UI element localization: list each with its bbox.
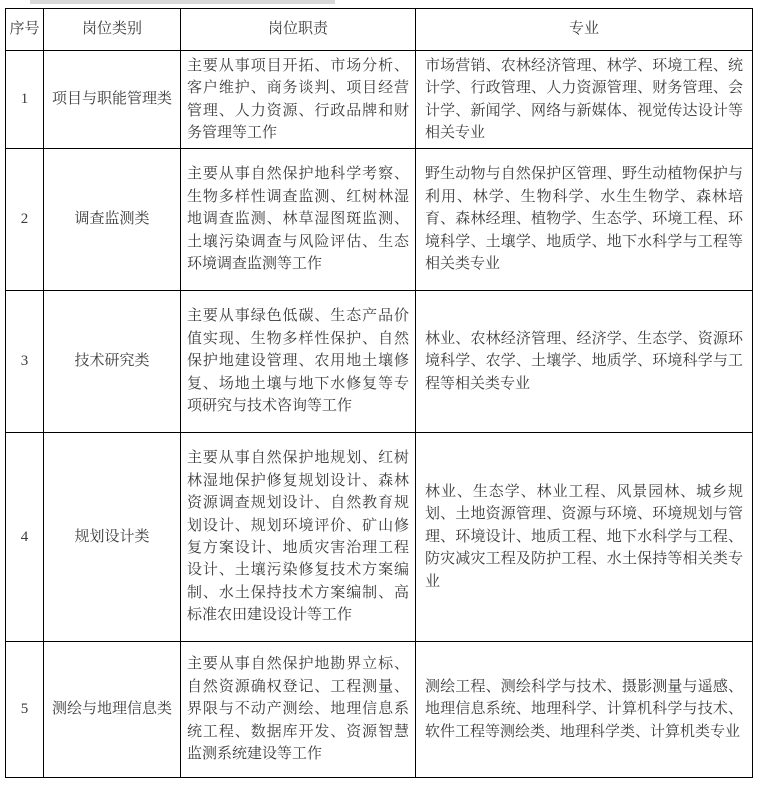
- serial-cell: 2: [6, 149, 44, 291]
- table-row: 2 调查监测类 主要从事自然保护地科学考察、生物多样性调查监测、红树林湿地调查监…: [6, 149, 753, 291]
- table-row: 5 测绘与地理信息类 主要从事自然保护地勘界立标、自然资源确权登记、工程测量、界…: [6, 642, 753, 778]
- col-header-category: 岗位类别: [44, 9, 181, 51]
- col-header-majors: 专业: [416, 9, 753, 51]
- table-row: 4 规划设计类 主要从事自然保护地规划、红树林湿地保护修复规划设计、森林资源调查…: [6, 433, 753, 642]
- scan-artifact-strip: [30, 0, 335, 4]
- serial-cell: 3: [6, 291, 44, 433]
- serial-cell: 1: [6, 51, 44, 149]
- majors-cell: 市场营销、农林经济管理、林学、环境工程、统计学、行政管理、人力资源管理、财务管理…: [416, 51, 753, 149]
- duties-cell: 主要从事自然保护地科学考察、生物多样性调查监测、红树林湿地调查监测、林草湿图斑监…: [181, 149, 416, 291]
- col-header-serial: 序号: [6, 9, 44, 51]
- category-cell: 技术研究类: [44, 291, 181, 433]
- majors-cell: 林业、生态学、林业工程、风景园林、城乡规划、土地资源管理、资源与环境、环境规划与…: [416, 433, 753, 642]
- duties-cell: 主要从事自然保护地勘界立标、自然资源确权登记、工程测量、界限与不动产测绘、地理信…: [181, 642, 416, 778]
- category-cell: 规划设计类: [44, 433, 181, 642]
- table-row: 1 项目与职能管理类 主要从事项目开拓、市场分析、客户维护、商务谈判、项目经营管…: [6, 51, 753, 149]
- majors-cell: 林业、农林经济管理、经济学、生态学、资源环境科学、农学、土壤学、地质学、环境科学…: [416, 291, 753, 433]
- majors-cell: 测绘工程、测绘科学与技术、摄影测量与遥感、地理信息系统、地理科学、计算机科学与技…: [416, 642, 753, 778]
- job-positions-table: 序号 岗位类别 岗位职责 专业 1 项目与职能管理类 主要从事项目开拓、市场分析…: [5, 8, 753, 778]
- serial-cell: 5: [6, 642, 44, 778]
- duties-cell: 主要从事项目开拓、市场分析、客户维护、商务谈判、项目经营管理、人力资源、行政品牌…: [181, 51, 416, 149]
- col-header-duties: 岗位职责: [181, 9, 416, 51]
- category-cell: 调查监测类: [44, 149, 181, 291]
- serial-cell: 4: [6, 433, 44, 642]
- category-cell: 测绘与地理信息类: [44, 642, 181, 778]
- table-row: 3 技术研究类 主要从事绿色低碳、生态产品价值实现、生物多样性保护、自然保护地建…: [6, 291, 753, 433]
- duties-cell: 主要从事自然保护地规划、红树林湿地保护修复规划设计、森林资源调查规划设计、自然教…: [181, 433, 416, 642]
- category-cell: 项目与职能管理类: [44, 51, 181, 149]
- header-row: 序号 岗位类别 岗位职责 专业: [6, 9, 753, 51]
- duties-cell: 主要从事绿色低碳、生态产品价值实现、生物多样性保护、自然保护地建设管理、农用地土…: [181, 291, 416, 433]
- majors-cell: 野生动物与自然保护区管理、野生动植物保护与利用、林学、生物科学、水生生物学、森林…: [416, 149, 753, 291]
